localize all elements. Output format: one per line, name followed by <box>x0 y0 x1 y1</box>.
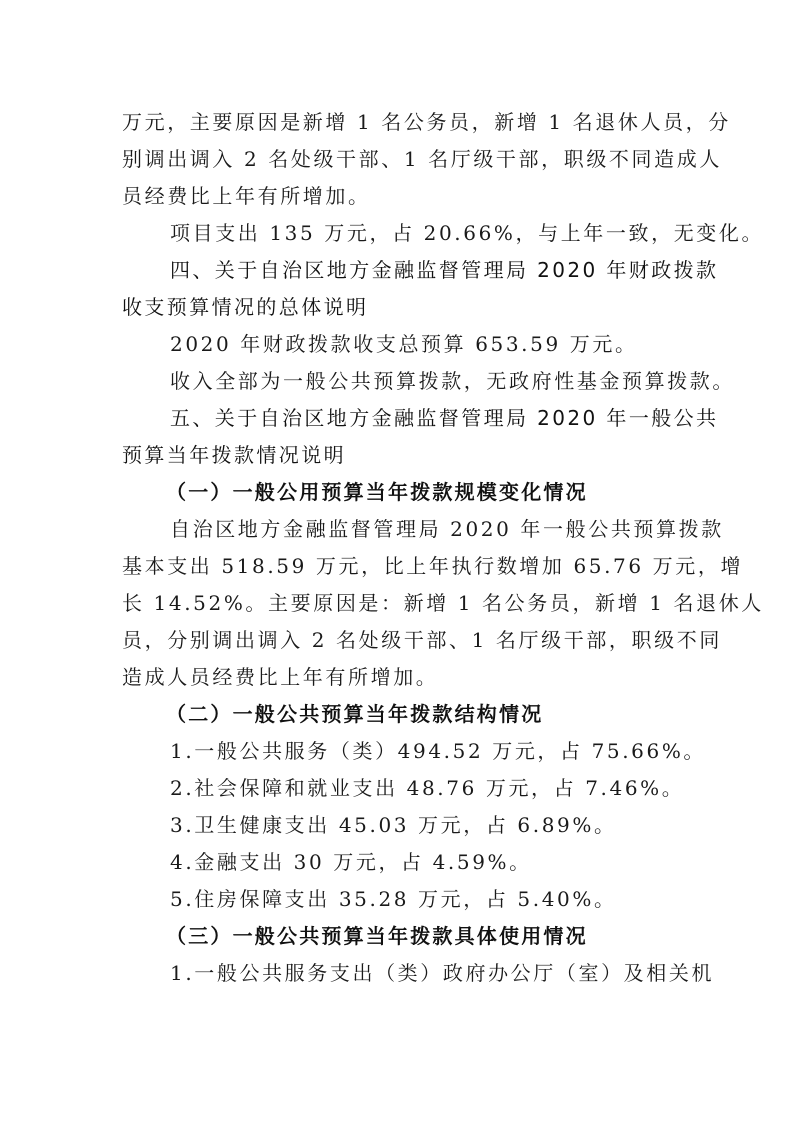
section4-heading-cont: 收支预算情况的总体说明 <box>122 289 674 326</box>
section5-heading-cont: 预算当年拨款情况说明 <box>122 437 674 474</box>
list-item: 2.社会保障和就业支出 48.76 万元，占 7.46%。 <box>122 770 674 807</box>
project-expense-paragraph: 项目支出 135 万元，占 20.66%，与上年一致，无变化。 <box>122 215 674 252</box>
paragraph-line: 员经费比上年有所增加。 <box>122 178 674 215</box>
list-item: 4.金融支出 30 万元，占 4.59%。 <box>122 844 674 881</box>
list-item: 1.一般公共服务支出（类）政府办公厅（室）及相关机 <box>122 955 674 992</box>
paragraph: 收入全部为一般公共预算拨款，无政府性基金预算拨款。 <box>122 363 674 400</box>
paragraph-line: 基本支出 518.59 万元，比上年执行数增加 65.76 万元，增 <box>122 548 674 585</box>
list-item: 3.卫生健康支出 45.03 万元，占 6.89%。 <box>122 807 674 844</box>
subsection2-heading: （二）一般公共预算当年拨款结构情况 <box>122 696 674 733</box>
paragraph-line: 员，分别调出调入 2 名处级干部、1 名厅级干部，职级不同 <box>122 622 674 659</box>
paragraph-line: 万元，主要原因是新增 1 名公务员，新增 1 名退休人员，分 <box>122 104 674 141</box>
document-page: 万元，主要原因是新增 1 名公务员，新增 1 名退休人员，分 别调出调入 2 名… <box>122 104 674 992</box>
section4-heading: 四、关于自治区地方金融监督管理局 2020 年财政拨款 <box>122 252 674 289</box>
subsection1-heading: （一）一般公用预算当年拨款规模变化情况 <box>122 474 674 511</box>
paragraph: 2020 年财政拨款收支总预算 653.59 万元。 <box>122 326 674 363</box>
paragraph-line: 自治区地方金融监督管理局 2020 年一般公共预算拨款 <box>122 511 674 548</box>
section5-heading: 五、关于自治区地方金融监督管理局 2020 年一般公共 <box>122 400 674 437</box>
list-item: 5.住房保障支出 35.28 万元，占 5.40%。 <box>122 881 674 918</box>
paragraph-line: 长 14.52%。主要原因是：新增 1 名公务员，新增 1 名退休人 <box>122 585 674 622</box>
paragraph-line: 造成人员经费比上年有所增加。 <box>122 659 674 696</box>
subsection3-heading: （三）一般公共预算当年拨款具体使用情况 <box>122 918 674 955</box>
list-item: 1.一般公共服务（类）494.52 万元，占 75.66%。 <box>122 733 674 770</box>
paragraph-line: 别调出调入 2 名处级干部、1 名厅级干部，职级不同造成人 <box>122 141 674 178</box>
